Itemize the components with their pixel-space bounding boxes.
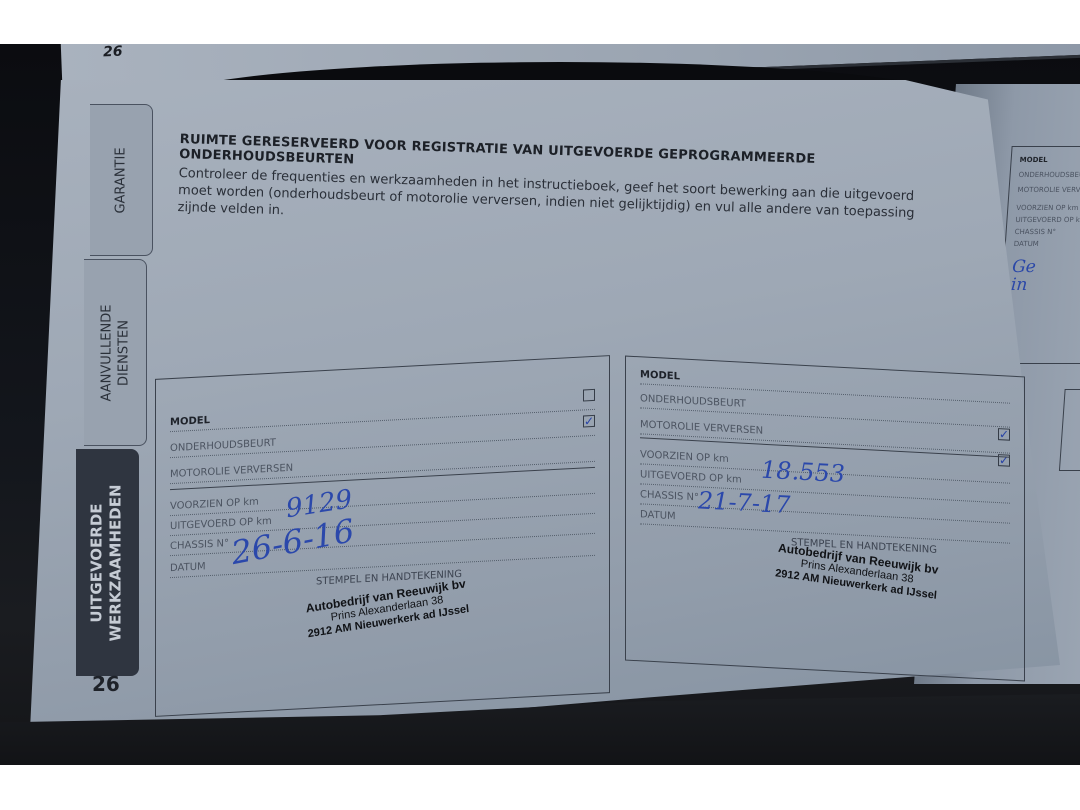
next-label-chassis: CHASSIS N° [1014,226,1080,238]
service-record-1: MODEL ONDERHOUDSBEURT ✓ MOTOROLIE VERVER… [155,355,610,717]
booklet-photo: 26 MODEL ONDERHOUDSBEURT MOTOROLIE VERVE… [0,44,1080,765]
page-number: 26 [92,672,120,696]
tab-garantie[interactable]: GARANTIE [90,104,153,256]
next-label-motorolie: MOTOROLIE VERVERSEN [1017,183,1080,198]
tab-aanvullende-diensten-label: AANVULLENDE DIENSTEN [98,304,132,401]
handwritten-date-2: 21-7-17 [698,486,791,519]
tab-uitgevoerde-werkzaamheden[interactable]: UITGEVOERDE WERKZAAMHEDEN [76,449,139,676]
next-page-form-2 [1059,389,1080,471]
section-tabs: GARANTIE AANVULLENDE DIENSTEN UITGEVOERD… [40,94,150,694]
tab-aanvullende-diensten[interactable]: AANVULLENDE DIENSTEN [84,259,147,446]
dealer-stamp-1: Autobedrijf van Reeuwijk bv Prins Alexan… [304,577,469,641]
next-label-onderhoudsbeurt: ONDERHOUDSBEURT [1018,168,1080,183]
next-label-uitgevoerd: UITGEVOERD OP km [1015,214,1080,226]
next-label-datum: DATUM [1013,238,1080,250]
tab-garantie-label: GARANTIE [113,147,130,213]
tab-uitgevoerde-werkzaamheden-label: UITGEVOERDE WERKZAAMHEDEN [88,484,126,641]
service-record-2: MODEL ONDERHOUDSBEURT ✓ MOTOROLIE VERVER… [625,356,1025,682]
check-mark-icon: ✓ [584,414,594,429]
next-label-model: MODEL [1019,153,1080,168]
handwritten-km-2: 18.553 [761,456,845,488]
background-page-number: 26 [103,44,123,60]
checkbox-onderhoudsbeurt[interactable]: ✓ [583,415,595,428]
next-handwriting: Ge in [1010,258,1036,294]
next-label-voorzien: VOORZIEN OP km [1016,202,1080,214]
checkbox-model[interactable] [583,389,595,402]
